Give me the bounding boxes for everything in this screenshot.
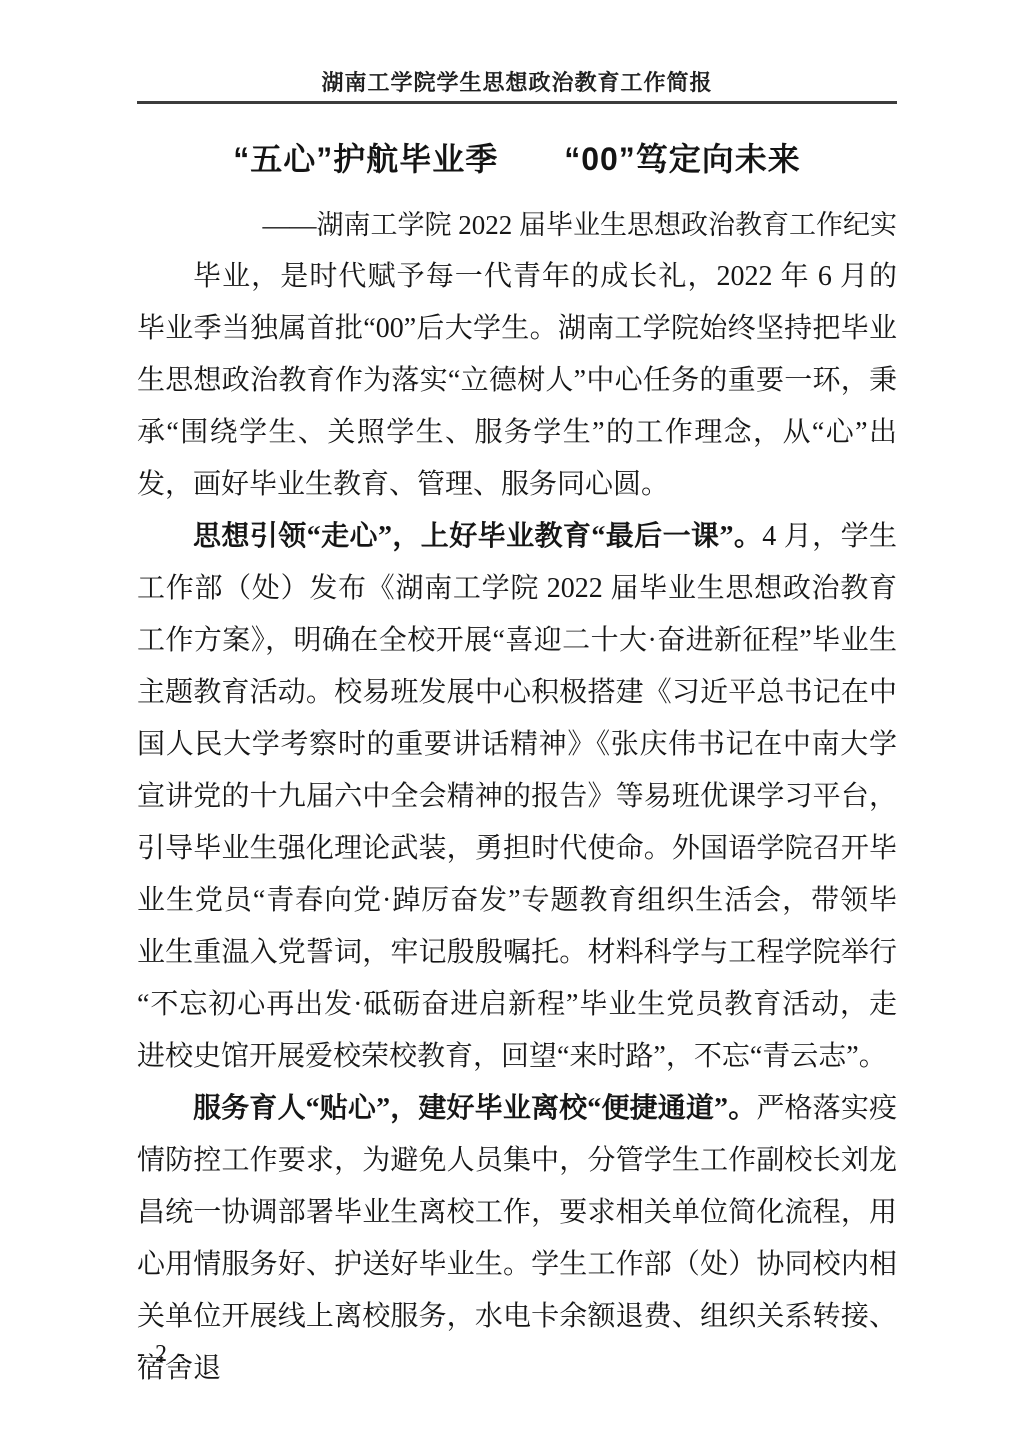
paragraph: 服务育人“贴心”，建好毕业离校“便捷通道”。严格落实疫情防控工作要求，为避免人员… [137, 1083, 897, 1395]
body-text: ——湖南工学院 2022 届毕业生思想政治教育工作纪实 毕业，是时代赋予每一代青… [137, 199, 897, 1395]
paragraph: 思想引领“走心”，上好毕业教育“最后一课”。4 月，学生工作部（处）发布《湖南工… [137, 511, 897, 1083]
paragraph-text: 严格落实疫情防控工作要求，为避免人员集中，分管学生工作副校长刘龙昌统一协调部署毕… [137, 1093, 897, 1384]
paragraph: 毕业，是时代赋予每一代青年的成长礼，2022 年 6 月的毕业季当独属首批“00… [137, 251, 897, 511]
page-header: 湖南工学院学生思想政治教育工作简报 [137, 0, 897, 96]
document-page: 湖南工学院学生思想政治教育工作简报 “五心”护航毕业季 “00”笃定向未来 ——… [0, 0, 1024, 1448]
paragraph-text: 4 月，学生工作部（处）发布《湖南工学院 2022 届毕业生思想政治教育工作方案… [137, 521, 897, 1072]
page-number: - 2 - [137, 1341, 187, 1368]
paragraph-text: 毕业，是时代赋予每一代青年的成长礼，2022 年 6 月的毕业季当独属首批“00… [137, 261, 897, 500]
doc-title: “五心”护航毕业季 “00”笃定向未来 [137, 139, 897, 179]
paragraph-lead: 服务育人“贴心”，建好毕业离校“便捷通道”。 [193, 1093, 756, 1124]
paragraph-lead: 思想引领“走心”，上好毕业教育“最后一课”。 [193, 521, 762, 552]
header-rule [137, 101, 897, 104]
doc-subtitle: ——湖南工学院 2022 届毕业生思想政治教育工作纪实 [137, 199, 897, 251]
